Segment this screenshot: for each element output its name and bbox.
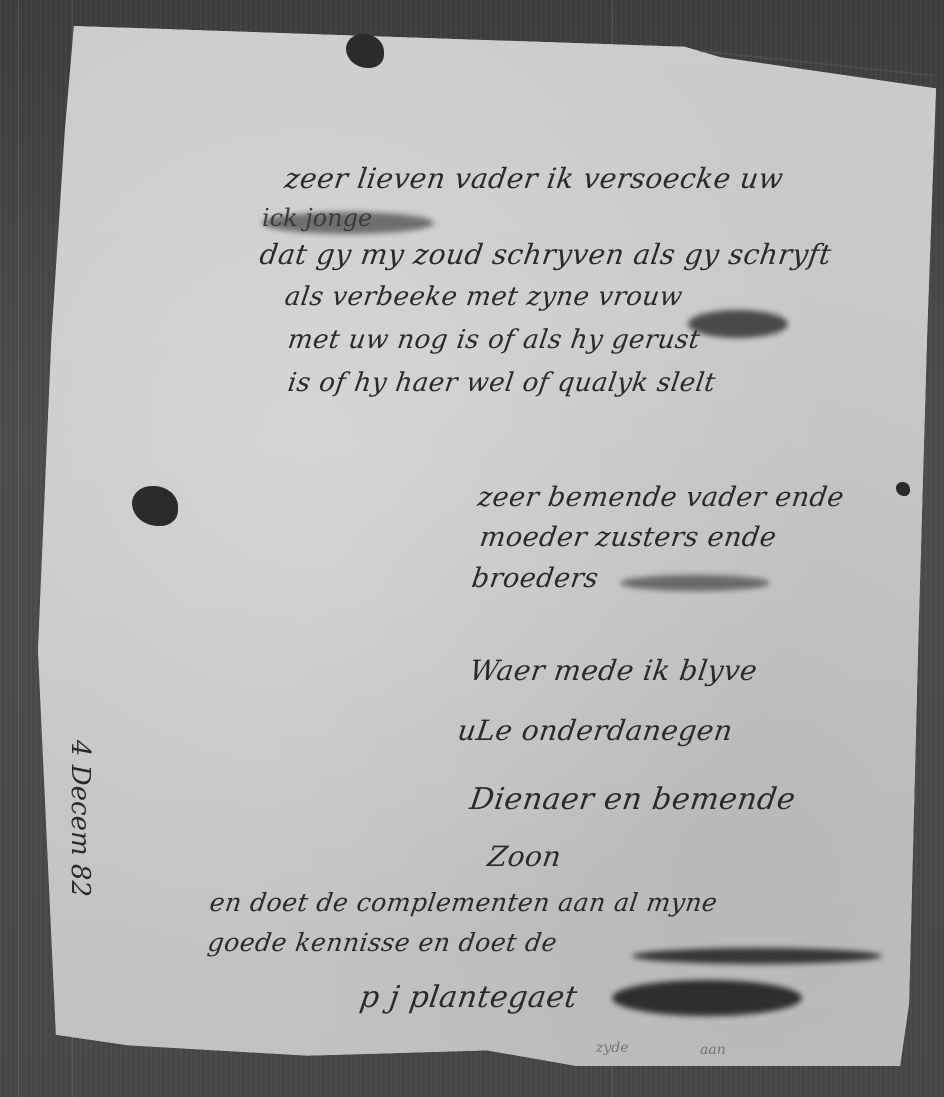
signature: p j plantegaet (358, 980, 580, 1015)
ink-smear (620, 575, 770, 591)
greeting-line: broeders (470, 563, 601, 594)
body-line: dat gy my zoud schryven als gy schryft (258, 238, 834, 271)
closing-line: Zoon (486, 840, 564, 873)
greeting-line: moeder zusters ende (478, 522, 779, 553)
ink-blot (896, 482, 910, 496)
footer-faint-text: aan (700, 1042, 726, 1058)
body-line: als verbeeke met zyne vrouw (283, 282, 685, 312)
body-line: zeer lieven vader ik versoecke uw (283, 162, 786, 195)
postscript-line: en doet de complementen aan al myne (208, 888, 719, 917)
ink-smear (612, 980, 802, 1016)
body-line: met uw nog is of als hy gerust (286, 325, 702, 355)
closing-line: Dienaer en bemende (468, 782, 798, 817)
footer-faint-text: zyde (596, 1040, 629, 1056)
ink-smear (688, 310, 788, 338)
struck-text: ick jonge (262, 204, 432, 232)
greeting-line: zeer bemende vader ende (476, 482, 846, 513)
scan-artifact-line (18, 0, 19, 1097)
closing-line: Waer mede ik blyve (468, 654, 760, 687)
body-line: is of hy haer wel of qualyk slelt (286, 368, 718, 398)
ink-smear (632, 948, 882, 964)
closing-line: uLe onderdanegen (456, 714, 735, 747)
postscript-line: goede kennisse en doet de (206, 928, 559, 957)
margin-note: 4 Decem 82 (65, 740, 95, 897)
